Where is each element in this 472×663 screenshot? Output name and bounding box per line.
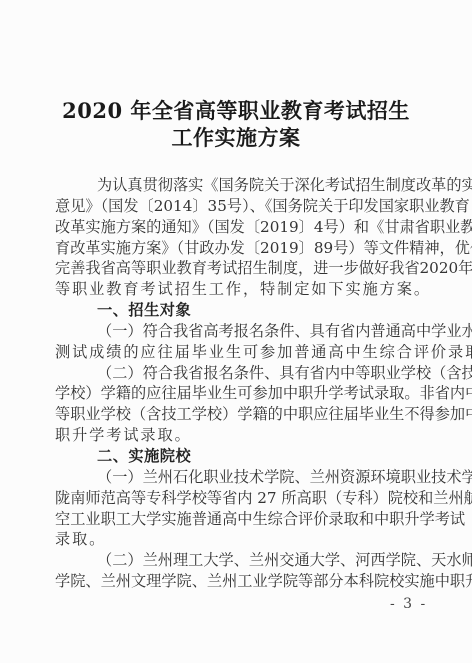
paragraph-line: 录取。 (55, 529, 423, 550)
paragraph-line: 等职业教育考试招生工作，特制定如下实施方案。 (55, 279, 423, 300)
paragraph-line: 意见》（国发〔2014〕35号）、《国务院关于印发国家职业教育 (55, 196, 423, 217)
paragraph-line: 等职业学校（含技工学校）学籍的中职应往届毕业生不得参加中 (55, 404, 423, 425)
paragraph-line: （二）符合我省报名条件、具有省内中等职业学校（含技工 (55, 363, 423, 384)
section-heading: 一、招生对象 (55, 300, 423, 321)
paragraph-line: （一）兰州石化职业技术学院、兰州资源环境职业技术学院、 (55, 467, 423, 488)
page-number: - 3 - (390, 596, 427, 612)
paragraph-line: 完善我省高等职业教育考试招生制度，进一步做好我省2020年高 (55, 258, 423, 279)
paragraph-line: 改革实施方案的通知》（国发〔2019〕4号）和《甘肃省职业教 (55, 217, 423, 238)
paragraph-line: （二）兰州理工大学、兰州交通大学、河西学院、天水师范 (55, 550, 423, 571)
document-body: 为认真贯彻落实《国务院关于深化考试招生制度改革的实施意见》（国发〔2014〕35… (55, 175, 423, 592)
paragraph-line: 学院、兰州文理学院、兰州工业学院等部分本科院校实施中职升 (55, 571, 423, 592)
paragraph-line: （一）符合我省高考报名条件、具有省内普通高中学业水平 (55, 321, 423, 342)
paragraph-line: 陇南师范高等专科学校等省内 27 所高职（专科）院校和兰州航 (55, 488, 423, 509)
document-page: 2020 年全省高等职业教育考试招生 工作实施方案 为认真贯彻落实《国务院关于深… (0, 0, 472, 663)
paragraph-line: 学校）学籍的应往届毕业生可参加中职升学考试录取。非省内中 (55, 383, 423, 404)
title-line-1: 2020 年全省高等职业教育考试招生 (0, 97, 472, 124)
paragraph-line: 育改革实施方案》（甘政办发〔2019〕89号）等文件精神，优化 (55, 238, 423, 259)
document-title: 2020 年全省高等职业教育考试招生 工作实施方案 (0, 97, 472, 151)
paragraph-line: 测试成绩的应往届毕业生可参加普通高中生综合评价录取。 (55, 342, 423, 363)
paragraph-line: 职升学考试录取。 (55, 425, 423, 446)
title-line-2: 工作实施方案 (0, 124, 472, 151)
paragraph-line: 为认真贯彻落实《国务院关于深化考试招生制度改革的实施 (55, 175, 423, 196)
paragraph-line: 空工业职工大学实施普通高中生综合评价录取和中职升学考试 (55, 509, 423, 530)
section-heading: 二、实施院校 (55, 446, 423, 467)
